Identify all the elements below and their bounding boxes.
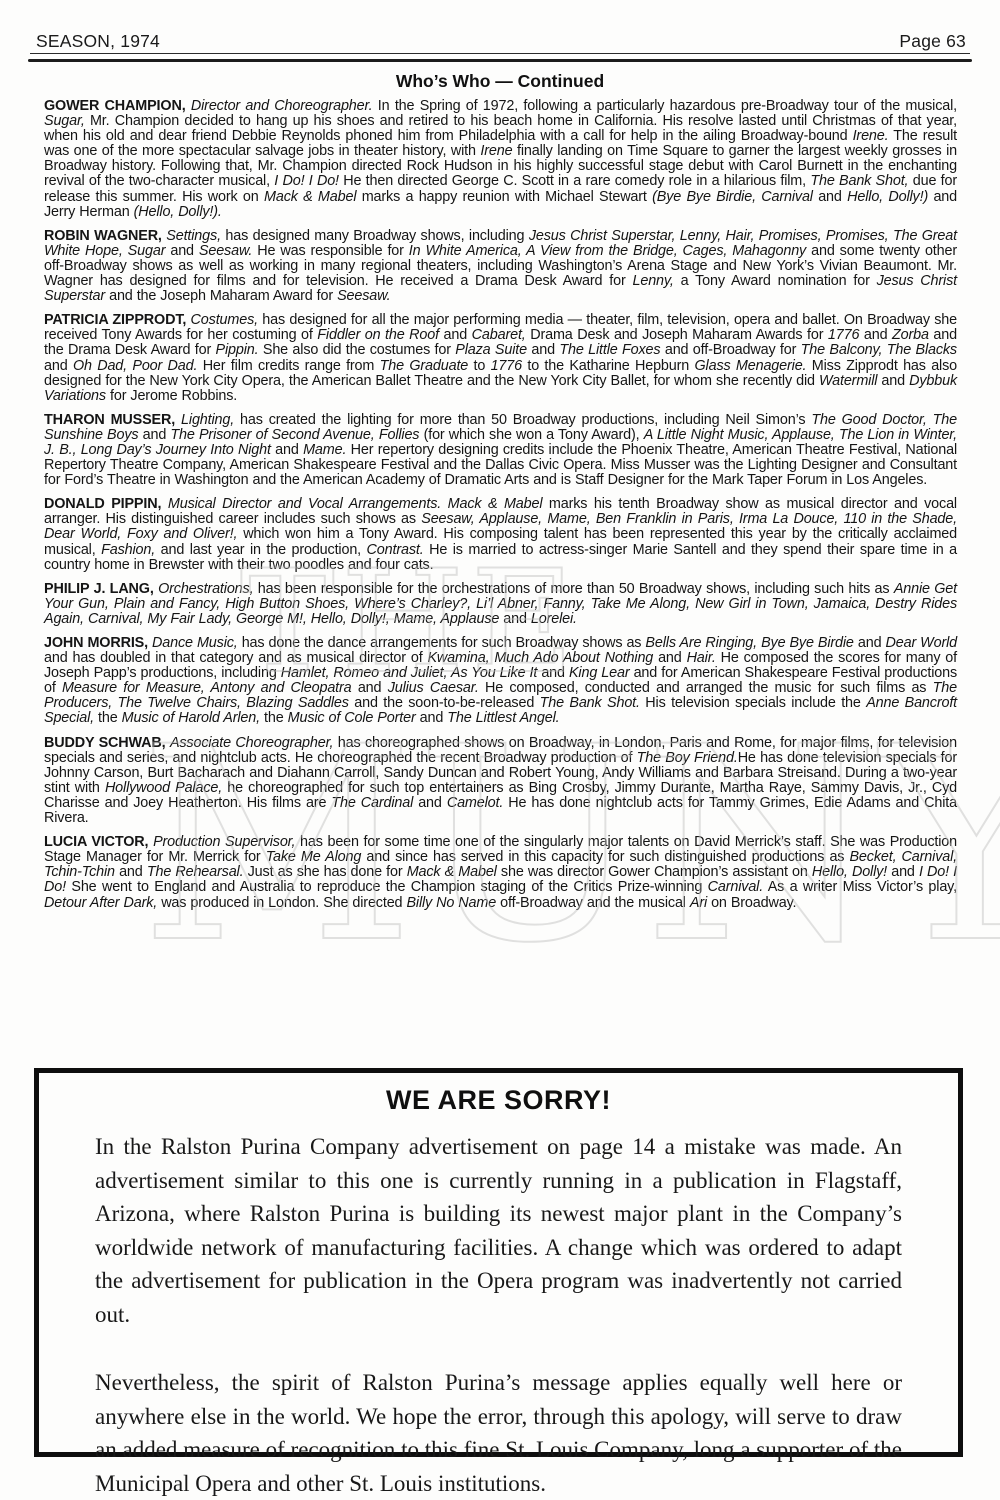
header-rule-thick	[28, 59, 972, 62]
bio-entry: THARON MUSSER, Lighting, has created the…	[44, 413, 957, 488]
page-number: Page 63	[899, 31, 966, 52]
bio-entry: DONALD PIPPIN, Musical Director and Voca…	[44, 497, 957, 572]
bio-entry: BUDDY SCHWAB, Associate Choreographer, h…	[44, 736, 957, 827]
bio-name: GOWER CHAMPION,	[44, 98, 186, 114]
bios: GOWER CHAMPION, Director and Choreograph…	[44, 99, 957, 920]
bio-name: ROBIN WAGNER,	[44, 228, 162, 244]
bio-role: Production Supervisor,	[153, 834, 295, 850]
apology-title: WE ARE SORRY!	[39, 1085, 958, 1116]
section-title: Who’s Who — Continued	[0, 71, 1000, 92]
bio-entry: PATRICIA ZIPPRODT, Costumes, has designe…	[44, 313, 957, 404]
bio-name: DONALD PIPPIN,	[44, 496, 161, 512]
bio-name: JOHN MORRIS,	[44, 635, 148, 651]
apology-paragraph: In the Ralston Purina Company advertisem…	[95, 1130, 902, 1331]
bio-role: Musical Director and Vocal Arrangements.	[168, 496, 441, 512]
bio-name: PHILIP J. LANG,	[44, 581, 154, 597]
bio-role: Settings,	[166, 228, 221, 244]
bio-name: LUCIA VICTOR,	[44, 834, 148, 850]
program-page: SEASON, 1974 Page 63 Who’s Who — Continu…	[0, 0, 1000, 1500]
apology-body: In the Ralston Purina Company advertisem…	[95, 1130, 902, 1500]
bio-entry: PHILIP J. LANG, Orchestrations, has been…	[44, 582, 957, 627]
bio-role: Director and Choreographer.	[191, 98, 373, 114]
bio-role: Associate Choreographer,	[170, 735, 333, 751]
bio-role: Orchestrations,	[158, 581, 253, 597]
bio-role: Dance Music,	[152, 635, 238, 651]
bio-entry: ROBIN WAGNER, Settings, has designed man…	[44, 229, 957, 304]
bio-role: Lighting,	[181, 412, 234, 428]
bio-name: PATRICIA ZIPPRODT,	[44, 312, 186, 328]
bio-entry: GOWER CHAMPION, Director and Choreograph…	[44, 99, 957, 220]
bio-name: BUDDY SCHWAB,	[44, 735, 166, 751]
bio-entry: JOHN MORRIS, Dance Music, has done the d…	[44, 636, 957, 727]
season-label: SEASON, 1974	[36, 31, 160, 52]
running-head: SEASON, 1974 Page 63	[36, 31, 966, 52]
bio-role: Costumes,	[191, 312, 258, 328]
apology-paragraph: Nevertheless, the spirit of Ralston Puri…	[95, 1366, 902, 1500]
bio-entry: LUCIA VICTOR, Production Supervisor, has…	[44, 835, 957, 910]
bio-name: THARON MUSSER,	[44, 412, 175, 428]
apology-box: WE ARE SORRY! In the Ralston Purina Comp…	[34, 1068, 963, 1457]
header-rule-thin	[30, 53, 970, 54]
